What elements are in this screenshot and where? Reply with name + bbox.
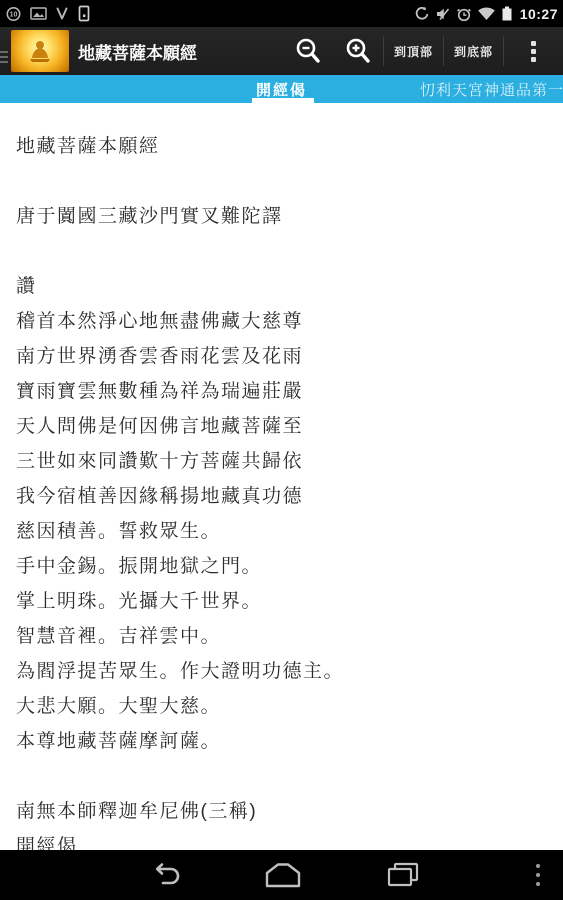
app-bar: 地藏菩薩本願經 到頂部 到底部 (0, 27, 563, 75)
battery-icon (501, 5, 513, 22)
recent-apps-button[interactable] (371, 850, 435, 900)
to-top-button[interactable]: 到頂部 (384, 27, 443, 75)
text-line: 地藏菩薩本願經 (16, 129, 547, 164)
text-line: 慈因積善。誓救眾生。 (16, 514, 547, 549)
status-system-icons: 10:27 (414, 5, 558, 22)
status-bar: 10 (0, 0, 563, 27)
text-line: 天人問佛是何因佛言地藏菩薩至 (16, 409, 547, 444)
overflow-dots-icon (531, 41, 536, 46)
text-line: 南方世界湧香雲香雨花雲及花雨 (16, 339, 547, 374)
page-title: 地藏菩薩本願經 (78, 39, 197, 64)
clock-time: 10:27 (518, 6, 558, 22)
text-line: 讚 (16, 269, 547, 304)
chapter-tab-strip: 開經偈 忉利天宮神通品第一 (0, 75, 563, 103)
alarm-icon (456, 6, 472, 22)
navigation-bar (0, 850, 563, 900)
text-line: 我今宿植善因緣稱揚地藏真功德 (16, 479, 547, 514)
overflow-menu-button[interactable] (504, 27, 563, 75)
v-notification-icon (55, 6, 69, 21)
blank-line (16, 164, 547, 199)
text-line: 稽首本然淨心地無盡佛藏大慈尊 (16, 304, 547, 339)
text-line: 為閻浮提苦眾生。作大證明功德主。 (16, 654, 547, 689)
drawer-handle[interactable] (0, 51, 8, 63)
device-notification-icon (77, 5, 91, 22)
tab-chapter-one[interactable]: 忉利天宮神通品第一 (420, 75, 563, 103)
home-button[interactable] (251, 850, 315, 900)
blank-line (16, 234, 547, 269)
scripture-text[interactable]: 地藏菩薩本願經唐于闐國三藏沙門實叉難陀譯讚稽首本然淨心地無盡佛藏大慈尊南方世界湧… (0, 103, 563, 850)
sync-icon (414, 6, 430, 22)
mute-icon (435, 6, 451, 22)
text-line: 三世如來同讚歎十方菩薩共歸依 (16, 444, 547, 479)
zoom-out-button[interactable] (283, 27, 333, 75)
text-line: 寶雨寶雲無數種為祥為瑞遍莊嚴 (16, 374, 547, 409)
text-line: 掌上明珠。光攝大千世界。 (16, 584, 547, 619)
zoom-in-button[interactable] (333, 27, 383, 75)
back-button[interactable] (133, 850, 197, 900)
zoom-out-icon (293, 36, 323, 66)
text-line: 大悲大願。大聖大慈。 (16, 689, 547, 724)
text-line: 唐于闐國三藏沙門實叉難陀譯 (16, 199, 547, 234)
home-icon (264, 862, 302, 888)
text-line: 手中金錫。振開地獄之門。 (16, 549, 547, 584)
status-notification-icons: 10 (5, 5, 91, 22)
to-bottom-button[interactable]: 到底部 (444, 27, 503, 75)
gallery-notification-icon (30, 6, 47, 21)
android-screen: 10 (0, 0, 563, 900)
legacy-menu-button[interactable] (516, 850, 560, 900)
text-line: 開經偈 (16, 829, 547, 850)
menu-dots-icon (536, 864, 540, 868)
buddha-icon (25, 37, 55, 67)
svg-text:10: 10 (10, 12, 18, 19)
recent-apps-icon (386, 861, 420, 889)
back-icon (147, 860, 183, 890)
wifi-icon (477, 6, 496, 22)
text-line: 智慧音裡。吉祥雲中。 (16, 619, 547, 654)
app-icon[interactable] (11, 30, 69, 72)
zoom-in-icon (343, 36, 373, 66)
text-line: 南無本師釋迦牟尼佛(三稱) (16, 794, 547, 829)
timer-notification-icon: 10 (5, 5, 22, 22)
blank-line (16, 759, 547, 794)
text-line: 本尊地藏菩薩摩訶薩。 (16, 724, 547, 759)
